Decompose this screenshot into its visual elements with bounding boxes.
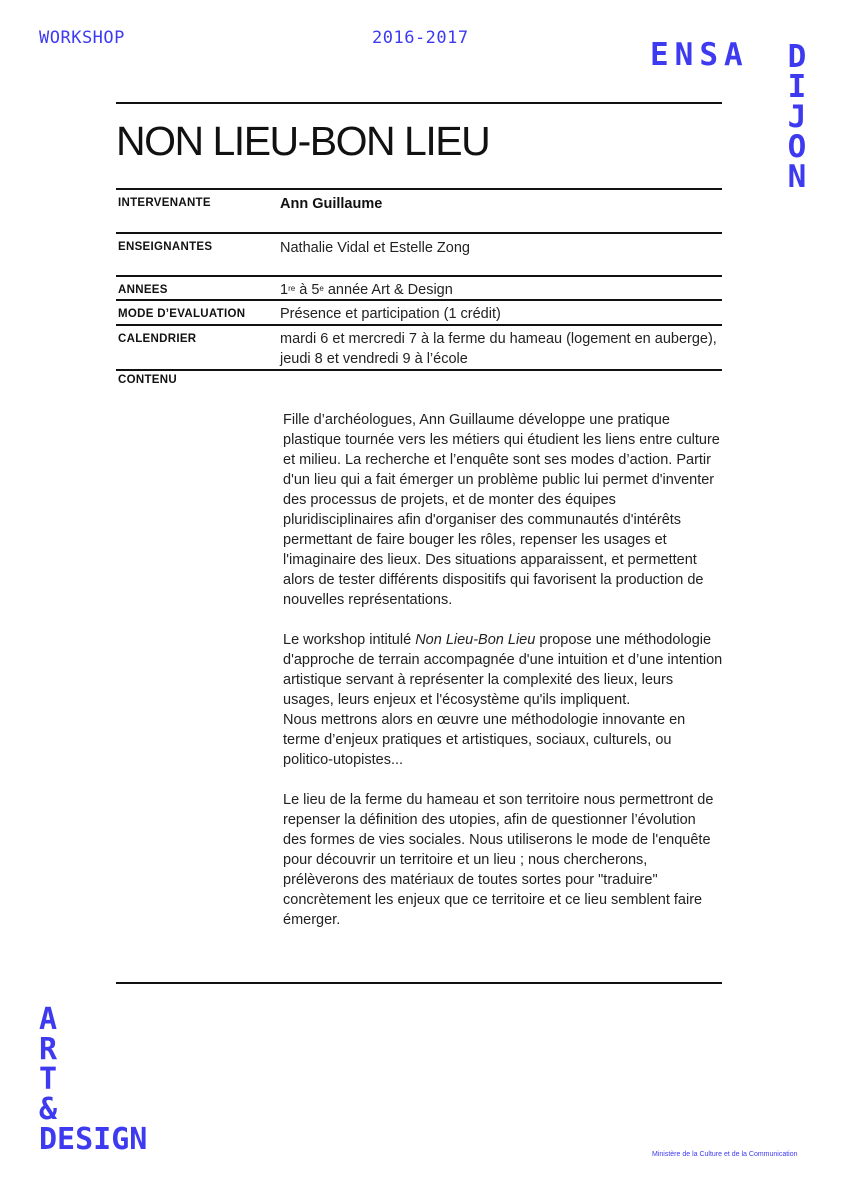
divider: [116, 232, 722, 234]
logo-letter: &: [39, 1095, 147, 1125]
intervenante-value: Ann Guillaume: [280, 194, 720, 214]
content-paragraph: Le workshop intitulé Non Lieu-Bon Lieu p…: [283, 630, 723, 770]
enseignantes-label: ENSEIGNANTES: [118, 241, 212, 253]
enseignantes-value: Nathalie Vidal et Estelle Zong: [280, 238, 720, 258]
divider: [116, 102, 722, 104]
calendrier-label: CALENDRIER: [118, 333, 196, 345]
divider: [116, 188, 722, 190]
divider: [116, 982, 722, 984]
logo-letter: D: [784, 42, 810, 72]
evaluation-label: MODE D’EVALUATION: [118, 308, 245, 320]
logo-letter: A: [39, 1005, 147, 1035]
academic-year: 2016-2017: [372, 28, 469, 48]
logo-letter: T: [39, 1065, 147, 1095]
divider: [116, 275, 722, 277]
contenu-label: CONTENU: [118, 374, 177, 386]
logo-ensa: ENSA: [650, 40, 749, 71]
content-paragraph: Le lieu de la ferme du hameau et son ter…: [283, 790, 723, 930]
divider: [116, 369, 722, 371]
workshop-label: WORKSHOP: [39, 28, 125, 48]
logo-letter: O: [784, 132, 810, 162]
logo-dijon: D I J O N: [784, 42, 810, 192]
logo-letter: R: [39, 1035, 147, 1065]
logo-letter: DESIGN: [39, 1125, 147, 1155]
logo-letter: I: [784, 72, 810, 102]
calendrier-value: mardi 6 et mercredi 7 à la ferme du hame…: [280, 329, 720, 369]
divider: [116, 324, 722, 326]
content-paragraph: Fille d’archéologues, Ann Guillaume déve…: [283, 410, 723, 610]
evaluation-value: Présence et participation (1 crédit): [280, 304, 720, 324]
ministere-credit: Ministère de la Culture et de la Communi…: [652, 1151, 798, 1158]
annees-label: ANNEES: [118, 284, 168, 296]
logo-art-design: A R T & DESIGN: [39, 1005, 147, 1155]
logo-letter: N: [784, 162, 810, 192]
intervenante-label: INTERVENANTE: [118, 197, 211, 209]
page-title: NON LIEU-BON LIEU: [116, 117, 489, 165]
divider: [116, 299, 722, 301]
logo-letter: J: [784, 102, 810, 132]
content-body: Fille d’archéologues, Ann Guillaume déve…: [283, 410, 723, 950]
annees-value: 1re à 5e année Art & Design: [280, 280, 720, 300]
